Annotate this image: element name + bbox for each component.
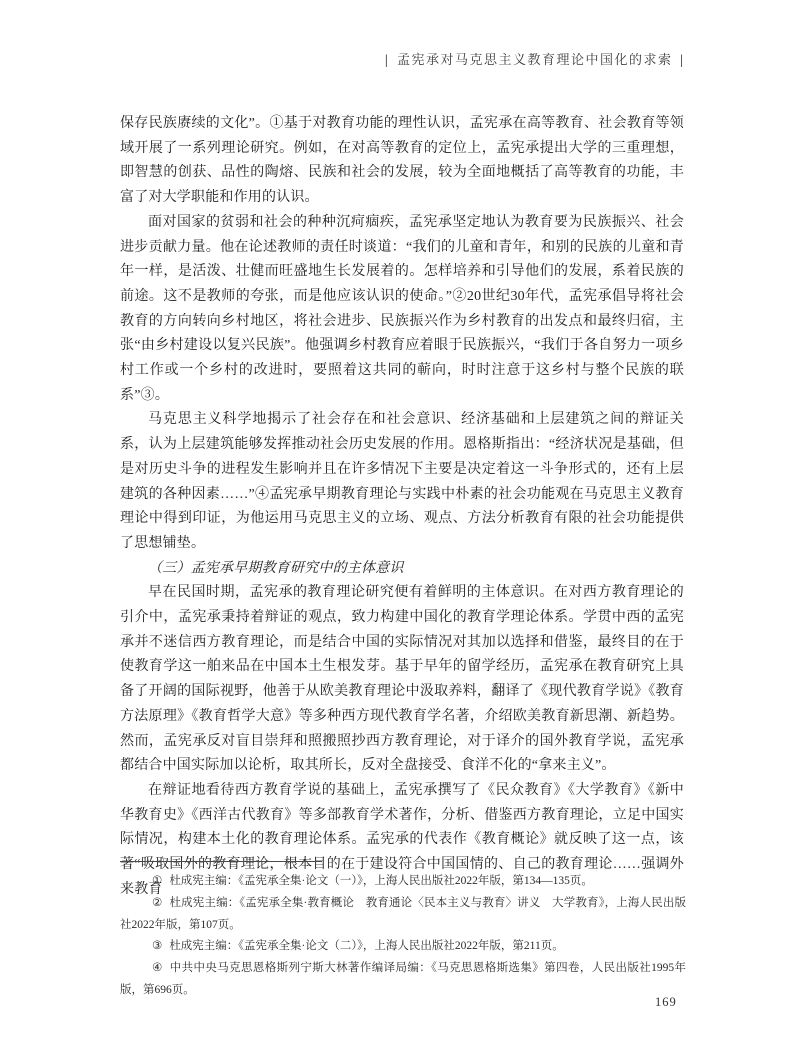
running-head-left-bar: |	[384, 53, 390, 67]
body-text: 保存民族赓续的文化”。①基于对教育功能的理性认识，孟宪承在高等教育、社会教育等领…	[120, 112, 684, 903]
paragraph: 面对国家的贫弱和社会的种种沉疴痼疾，孟宪承坚定地认为教育要为民族振兴、社会进步贡…	[120, 211, 684, 409]
running-head-right-bar: |	[679, 53, 685, 67]
paragraph-continuation: 保存民族赓续的文化”。①基于对教育功能的理性认识，孟宪承在高等教育、社会教育等领…	[120, 112, 684, 211]
footnote-marker: ①	[152, 875, 162, 887]
book-page: |孟宪承对马克思主义教育理论中国化的求索| 保存民族赓续的文化”。①基于对教育功…	[0, 0, 800, 1059]
footnotes: ①杜成宪主编：《孟宪承全集·论文（一）》，上海人民出版社2022年版，第134—…	[120, 861, 686, 1002]
section-heading: （三）孟宪承早期教育研究中的主体意识	[120, 557, 684, 582]
running-head-title: 孟宪承对马克思主义教育理论中国化的求索	[397, 52, 673, 67]
footnote-text: 杜成宪主编：《孟宪承全集·论文（二）》，上海人民出版社2022年版，第211页。	[169, 940, 563, 952]
paragraph: 马克思主义科学地揭示了社会存在和社会意识、经济基础和上层建筑之间的辩证关系，认为…	[120, 408, 684, 556]
running-head: |孟宪承对马克思主义教育理论中国化的求索|	[377, 49, 692, 68]
paragraph: 早在民国时期，孟宪承的教育理论研究便有着鲜明的主体意识。在对西方教育理论的引介中…	[120, 581, 684, 779]
footnote-divider	[120, 861, 322, 862]
footnote-text: 杜成宪主编：《孟宪承全集·论文（一）》，上海人民出版社2022年版，第134—1…	[169, 875, 593, 887]
footnote-marker: ③	[152, 940, 162, 952]
footnote-text: 中共中央马克思恩格斯列宁斯大林著作编译局编：《马克思恩格斯选集》第四卷，人民出版…	[120, 962, 686, 996]
footnote-text: 杜成宪主编：《孟宪承全集·教育概论 教育通论〈民本主义与教育〉讲义 大学教育》，…	[120, 897, 686, 931]
footnote: ④中共中央马克思恩格斯列宁斯大林著作编译局编：《马克思恩格斯选集》第四卷，人民出…	[120, 958, 686, 1002]
footnote-marker: ②	[152, 897, 162, 909]
page-number: 169	[655, 995, 677, 1010]
footnote: ①杜成宪主编：《孟宪承全集·论文（一）》，上海人民出版社2022年版，第134—…	[120, 871, 686, 893]
footnote-marker: ④	[152, 962, 163, 974]
footnote: ②杜成宪主编：《孟宪承全集·教育概论 教育通论〈民本主义与教育〉讲义 大学教育》…	[120, 893, 686, 937]
footnote: ③杜成宪主编：《孟宪承全集·论文（二）》，上海人民出版社2022年版，第211页…	[120, 936, 686, 958]
